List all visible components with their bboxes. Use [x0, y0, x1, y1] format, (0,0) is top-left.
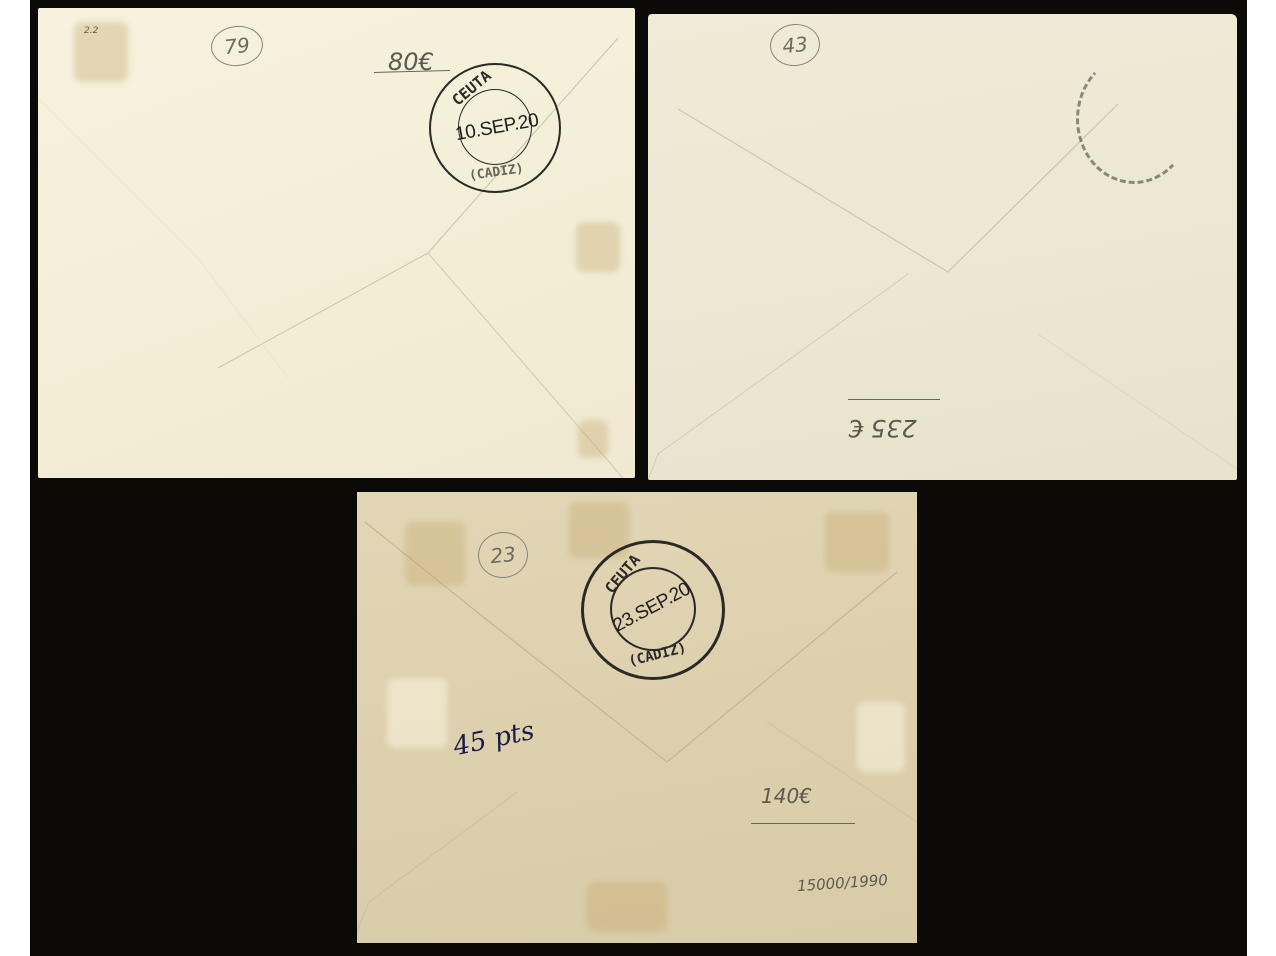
hinge-stain — [405, 522, 465, 586]
postmark-ceuta-partial — [1076, 54, 1192, 184]
hinge-stain — [825, 512, 889, 572]
hinge-stain — [576, 222, 620, 272]
envelope-flap-folds — [38, 8, 635, 478]
postmark-ceuta: CEUTA 10.SEP.20 (CADIZ) — [429, 63, 561, 193]
postmark-ceuta: CEUTA 23.SEP.20 (CADIZ) — [581, 540, 725, 680]
envelope-cover-2: 43 235 € — [648, 14, 1237, 480]
price-underline — [751, 823, 855, 824]
price-underline — [848, 399, 940, 400]
price-note: 140€ — [761, 784, 812, 808]
hinge-residue — [857, 702, 905, 772]
price-note-upside-down: 235 € — [848, 414, 917, 442]
hinge-residue — [387, 678, 447, 748]
corner-note: 2.2 — [84, 26, 98, 36]
hinge-stain — [74, 22, 128, 82]
hinge-stain — [587, 882, 667, 932]
envelope-cover-3: 23 CEUTA 23.SEP.20 (CADIZ) 45 pts 140€ 1… — [357, 492, 917, 943]
envelope-cover-1: 2.2 79 80€ CEUTA 10.SEP.20 (CADIZ) — [38, 8, 635, 478]
hinge-stain — [578, 420, 608, 458]
